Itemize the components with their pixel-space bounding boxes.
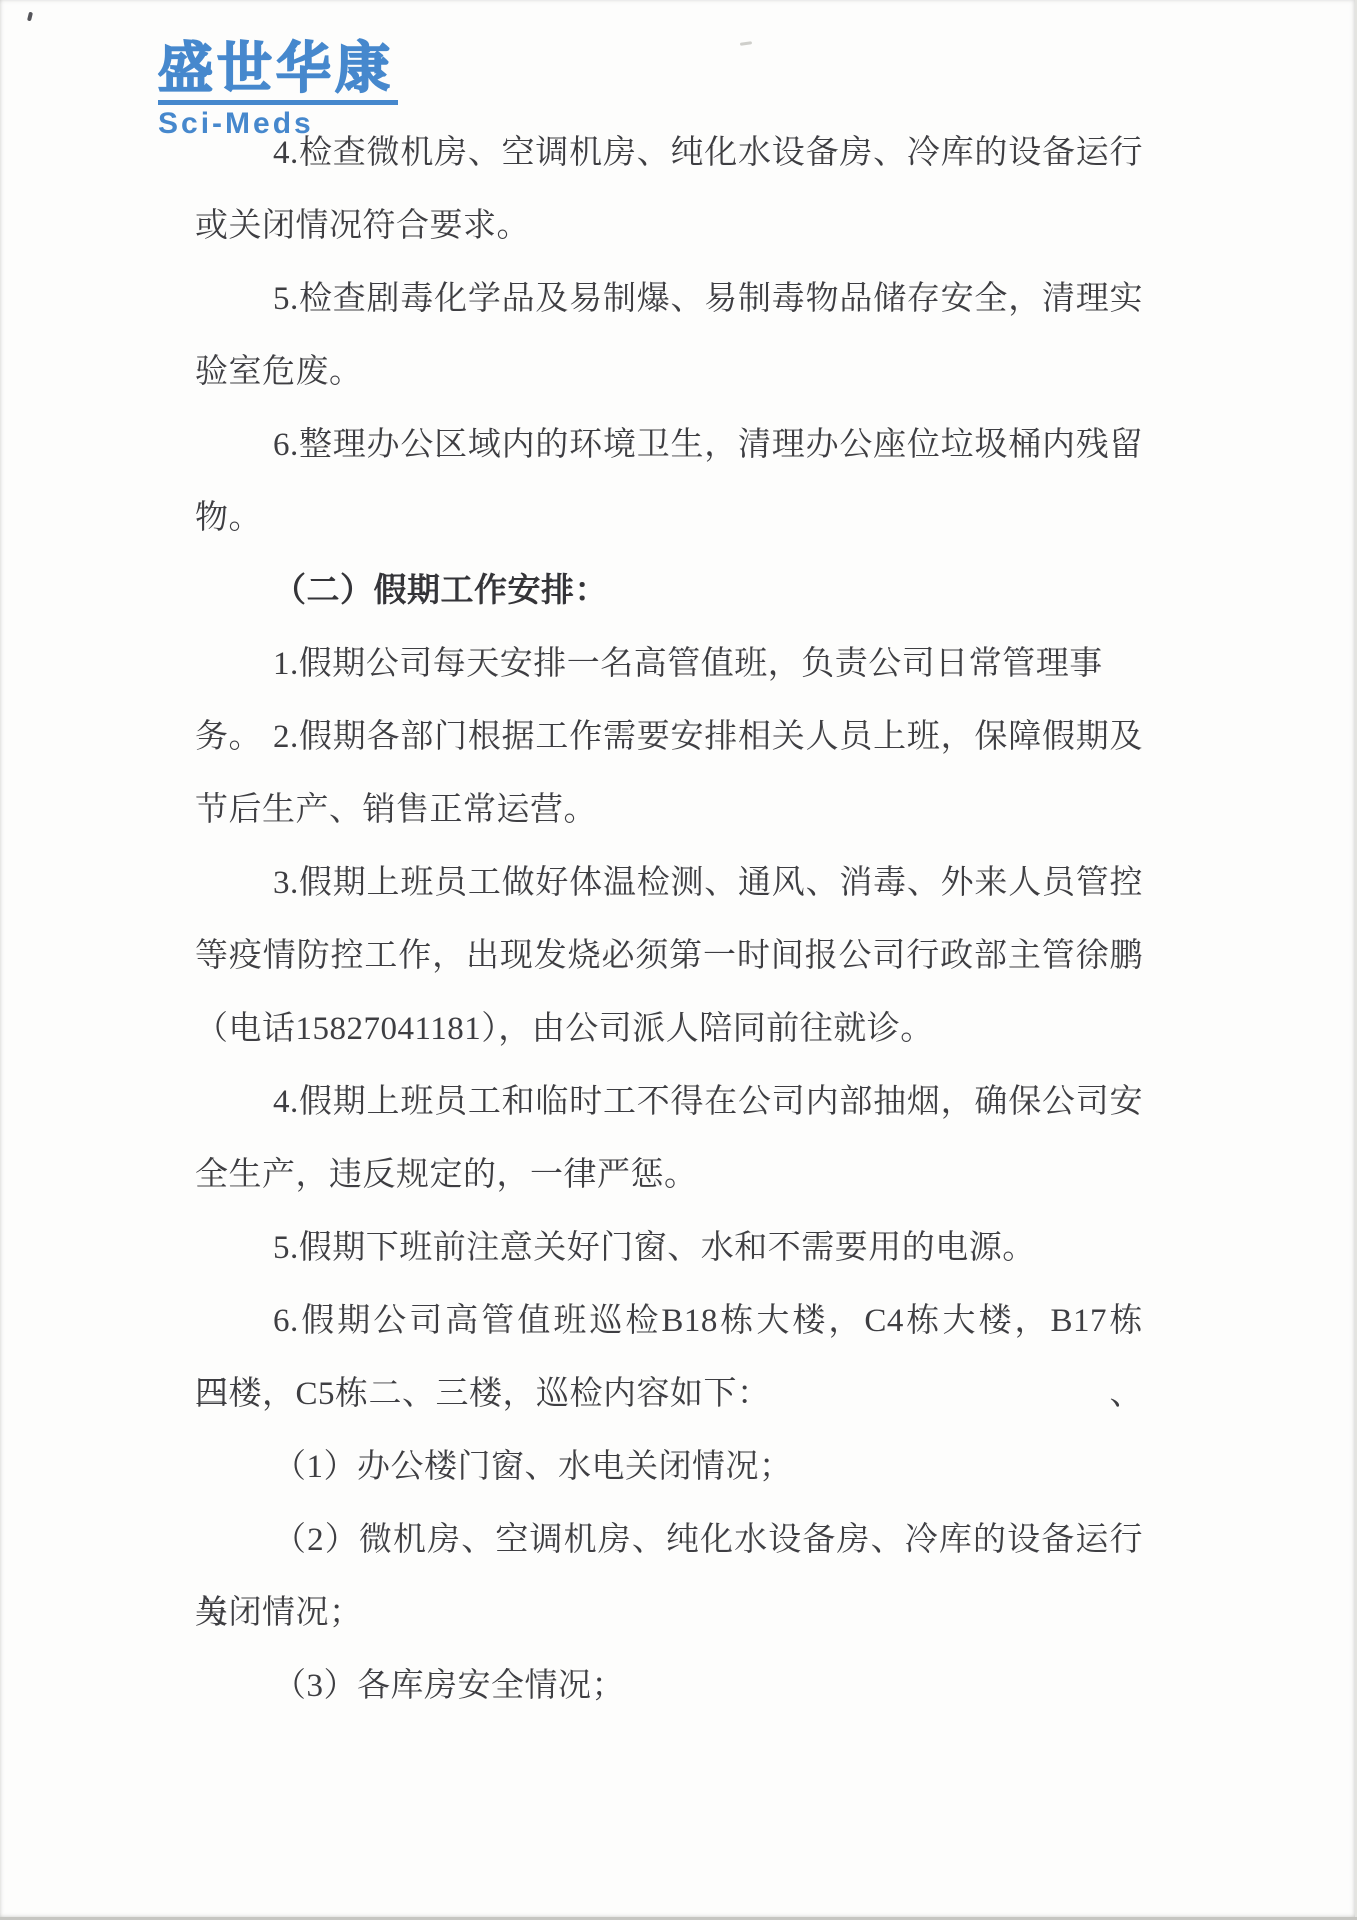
scanned-document-page: 盛世华康 Sci-Meds 4.检查微机房、空调机房、纯化水设备房、冷库的设备运…	[0, 0, 1357, 1920]
text-line: 物。	[195, 482, 1143, 555]
text-line: （电话15827041181），由公司派人陪同前往就诊。	[195, 993, 1143, 1066]
document-body: 4.检查微机房、空调机房、纯化水设备房、冷库的设备运行或关闭情况符合要求。5.检…	[195, 117, 1143, 1723]
text-line: 节后生产、销售正常运营。	[195, 774, 1143, 847]
text-line: 等疫情防控工作，出现发烧必须第一时间报公司行政部主管徐鹏	[195, 920, 1143, 993]
text-line: 5.检查剧毒化学品及易制爆、易制毒物品储存安全，清理实	[195, 263, 1143, 336]
logo-underline	[158, 100, 398, 105]
text-line: （2）微机房、空调机房、纯化水设备房、冷库的设备运行与	[195, 1504, 1143, 1577]
text-line: 4.检查微机房、空调机房、纯化水设备房、冷库的设备运行	[195, 117, 1143, 190]
text-line: 4.假期上班员工和临时工不得在公司内部抽烟，确保公司安	[195, 1066, 1143, 1139]
text-line: 验室危废。	[195, 336, 1143, 409]
text-line: 关闭情况；	[195, 1577, 1143, 1650]
text-line: 1.假期公司每天安排一名高管值班，负责公司日常管理事务。	[195, 628, 1143, 701]
text-line: 或关闭情况符合要求。	[195, 190, 1143, 263]
scan-speck	[27, 12, 33, 22]
text-line: （3）各库房安全情况；	[195, 1650, 1143, 1723]
text-line: 6.整理办公区域内的环境卫生，清理办公座位垃圾桶内残留	[195, 409, 1143, 482]
text-line: 3.假期上班员工做好体温检测、通风、消毒、外来人员管控	[195, 847, 1143, 920]
text-line: 2.假期各部门根据工作需要安排相关人员上班，保障假期及	[195, 701, 1143, 774]
logo-chinese-text: 盛世华康	[158, 38, 398, 98]
text-line: 全生产，违反规定的，一律严惩。	[195, 1139, 1143, 1212]
text-line: 6.假期公司高管值班巡检B18栋大楼，C4栋大楼，B17栋三、	[195, 1285, 1143, 1358]
scan-speck	[740, 41, 752, 46]
text-line: 5.假期下班前注意关好门窗、水和不需要用的电源。	[195, 1212, 1143, 1285]
text-line: （1）办公楼门窗、水电关闭情况；	[195, 1431, 1143, 1504]
section-heading: （二）假期工作安排：	[195, 555, 1143, 628]
